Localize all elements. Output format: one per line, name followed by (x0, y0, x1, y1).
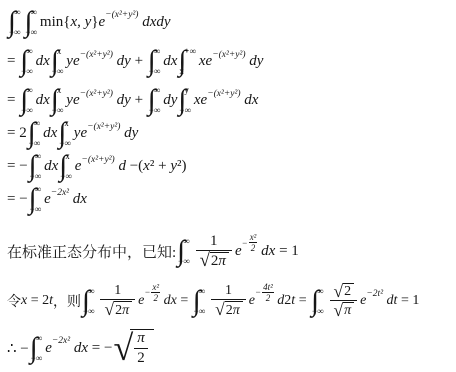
math-text: dx (257, 243, 275, 260)
fraction-denominator: 2 (266, 293, 271, 303)
formula-line: 令x = 2t，则∫∞−∞1√2πe−x²2 dx = ∫∞−∞1√2πe−4t… (7, 277, 454, 325)
radicand: 2π (114, 301, 132, 319)
fraction-denominator: √2π (100, 299, 135, 319)
integral-limits: ∞−∞ (36, 334, 43, 363)
integral: ∫∞−∞ (20, 46, 34, 77)
fraction-numerator: 1 (111, 283, 124, 299)
integral-lower-limit: −∞ (52, 106, 64, 115)
formula-line: = ∫∞−∞dx∫x−∞ye−(x²+y²) dy + ∫∞−∞dy∫y−∞xe… (7, 84, 454, 117)
integral-upper-limit: ∞ (14, 8, 21, 17)
math-text: 2 (211, 253, 219, 270)
math-text: ，则 (53, 291, 81, 311)
fraction-numerator: 4t² (262, 282, 274, 293)
math-text: = − (7, 158, 28, 175)
radical-sign: √ (334, 283, 344, 301)
integral-upper-limit: ∞ (88, 287, 95, 296)
integral-upper-limit: ∞ (199, 287, 206, 296)
math-text: e (99, 14, 106, 31)
integral-lower-limit: −∞ (59, 139, 71, 148)
formula-line: = −∫∞−∞e−2x² dx (7, 183, 454, 216)
integral-upper-limit: ∞ (35, 185, 42, 194)
integral: ∫x−∞ (51, 46, 65, 77)
integral-limits: ∞−∞ (199, 287, 206, 316)
integral: ∫∞−∞ (82, 286, 96, 317)
fraction-numerator: 1 (207, 233, 221, 250)
integral-lower-limit: −∞ (83, 307, 95, 316)
integral-lower-limit: −∞ (178, 257, 190, 266)
math-document: ∫∞−∞∫∞−∞min{x, y}e−(x²+y²) dxdy= ∫∞−∞dx∫… (0, 0, 456, 372)
square-root: √2π (200, 252, 229, 271)
integral: ∫∞−∞ (193, 286, 207, 317)
minus-sign: − (255, 287, 261, 297)
math-text: dx (160, 293, 177, 309)
integral-lower-limit: −∞ (31, 354, 43, 363)
integral-lower-limit: −∞ (194, 307, 206, 316)
math-text: x (143, 158, 150, 175)
integral-lower-limit: −∞ (30, 205, 42, 214)
integral-upper-limit: ∞ (35, 152, 42, 161)
math-text: dt (383, 293, 397, 309)
math-text: = (295, 293, 310, 309)
math-text: = 2 (27, 293, 49, 309)
integral: ∫∞−∞ (177, 236, 191, 267)
math-text: π (218, 253, 226, 270)
math-text: 1 (210, 233, 218, 250)
formula-line: = ∫∞−∞dx∫x−∞ye−(x²+y²) dy + ∫∞−∞dx∫+∞xxe… (7, 45, 454, 78)
math-text: dx (240, 92, 258, 109)
superscript-exponent: −(x²+y²) (87, 122, 120, 132)
integral: ∫∞−∞ (148, 46, 162, 77)
integral-upper-limit: ∞ (317, 287, 324, 296)
integral: ∫∞−∞ (30, 333, 44, 364)
math-text: π (122, 303, 129, 319)
fraction: π2 (134, 330, 148, 367)
radicand: π (343, 302, 354, 320)
radicand: 2π (210, 252, 229, 271)
math-text: 2 (284, 293, 291, 309)
integral-lower-limit: −∞ (149, 67, 161, 76)
square-root: √π2 (113, 329, 153, 367)
math-text: ye (66, 53, 79, 70)
integral-lower-limit: −∞ (149, 106, 161, 115)
integral-upper-limit: ∞ (154, 47, 161, 56)
math-text: = 1 (275, 243, 298, 260)
integral: ∫x−∞ (59, 151, 73, 182)
fraction-numerator: x² (249, 232, 258, 243)
integral-lower-limit: −∞ (25, 28, 37, 37)
math-text: y (170, 158, 177, 175)
math-text: , (77, 14, 85, 31)
integral-upper-limit: x (65, 152, 72, 161)
math-text: x (70, 14, 77, 31)
superscript-exponent: −2t² (366, 289, 383, 299)
math-text: = (7, 53, 19, 70)
fraction-numerator: x² (151, 282, 160, 293)
formula-line: ∴ −∫∞−∞e−2x² dx = −√π2 (7, 325, 454, 371)
math-text: ye (66, 92, 79, 109)
math-text: 1 (225, 283, 232, 299)
math-text: 令 (7, 291, 21, 311)
integral-lower-limit: −∞ (179, 106, 191, 115)
math-text: dy (113, 53, 131, 70)
math-text: 2 (344, 284, 351, 300)
integral-limits: ∞−∞ (154, 47, 161, 76)
math-text: 2 (115, 303, 122, 319)
math-text: = 1 (397, 293, 419, 309)
integral-limits: ∞−∞ (88, 287, 95, 316)
integral: ∫∞−∞ (148, 85, 162, 116)
fraction: √2√π (330, 283, 358, 320)
math-text: ∴ − (7, 339, 29, 358)
math-text: dx (43, 125, 57, 142)
fraction: 1√2π (196, 233, 232, 271)
radical-sign: √ (104, 301, 114, 319)
fraction-denominator: 2 (134, 348, 148, 367)
integral: ∫∞−∞ (29, 151, 43, 182)
fraction-denominator: 2 (153, 293, 158, 303)
square-root: √π (334, 302, 355, 320)
integral: ∫∞−∞ (8, 7, 22, 38)
math-text: = − (88, 340, 112, 357)
math-text: −( (126, 158, 143, 175)
minus-sign: − (242, 238, 248, 248)
integral: ∫∞−∞ (28, 118, 42, 149)
radicand: 2 (343, 283, 354, 301)
math-text: dx (70, 340, 88, 357)
math-text: dx (36, 92, 50, 109)
formula-line: = 2∫∞−∞dx∫x−∞ye−(x²+y²) dy (7, 117, 454, 150)
math-text: y (85, 14, 92, 31)
small-fraction: x²2 (151, 282, 160, 303)
superscript-exponent: −2x² (51, 188, 69, 198)
integral: ∫x−∞ (51, 85, 65, 116)
math-text: ² + (150, 158, 170, 175)
math-text: + (131, 53, 147, 70)
math-text: = − (7, 191, 28, 208)
math-text: xe (199, 53, 212, 70)
integral-limits: x−∞ (57, 47, 64, 76)
radicand: 2π (225, 301, 243, 319)
integral-lower-limit: −∞ (29, 139, 41, 148)
integral-limits: +∞x (184, 47, 196, 76)
integral-limits: x−∞ (64, 119, 71, 148)
math-text: = (177, 293, 192, 309)
fraction: 1√2π (100, 283, 135, 319)
integral: ∫∞−∞ (29, 184, 43, 215)
fraction-numerator: √2 (330, 283, 358, 301)
math-text: 在标准正态分布中，已知: (7, 241, 176, 262)
integral-upper-limit: ∞ (36, 334, 43, 343)
integral-upper-limit: ∞ (30, 8, 37, 17)
square-root: √2 (334, 283, 355, 301)
fraction-numerator: 1 (222, 283, 235, 299)
math-text: dx (69, 191, 87, 208)
math-text: 2 (137, 350, 145, 367)
integral-lower-limit: −∞ (52, 67, 64, 76)
integral-limits: ∞−∞ (26, 86, 33, 115)
math-text: xe (194, 92, 207, 109)
integral-lower-limit: −∞ (60, 172, 72, 181)
superscript-exponent: −2x² (52, 336, 70, 346)
integral-lower-limit: −∞ (21, 106, 33, 115)
superscript-exponent: −(x²+y²) (212, 50, 245, 60)
integral-lower-limit: −∞ (30, 172, 42, 181)
fraction-denominator: √2π (196, 250, 232, 271)
fraction: 1√2π (211, 283, 246, 319)
integral-limits: x−∞ (65, 152, 72, 181)
math-text: ye (74, 125, 87, 142)
integral-upper-limit: x (57, 47, 64, 56)
math-text: = (7, 92, 19, 109)
minus-sign: − (144, 287, 150, 297)
math-text: π (137, 330, 145, 347)
formula-line: 在标准正态分布中，已知:∫∞−∞1√2πe−x²2 dx = 1 (7, 228, 454, 275)
math-text: dx (44, 158, 58, 175)
integral: ∫∞−∞ (311, 286, 325, 317)
formula-line: ∫∞−∞∫∞−∞min{x, y}e−(x²+y²) dxdy (7, 5, 454, 39)
integral-upper-limit: ∞ (183, 237, 190, 246)
math-text: } (91, 14, 98, 31)
integral-upper-limit: +∞ (184, 47, 196, 56)
superscript-fraction-exponent: −x²2 (144, 282, 160, 303)
math-text: d (274, 293, 285, 309)
superscript-exponent: −(x²+y²) (80, 89, 113, 99)
math-text: d (115, 158, 126, 175)
fraction-denominator: 2 (251, 243, 256, 253)
small-fraction: x²2 (249, 232, 258, 253)
integral-limits: ∞−∞ (14, 8, 21, 37)
fraction-denominator: √π (330, 300, 358, 320)
radical-sign: √ (215, 301, 225, 319)
math-text: dy (120, 125, 138, 142)
integral-limits: y−∞ (184, 86, 191, 115)
formula-line: = −∫∞−∞dx∫x−∞e−(x²+y²) d −(x² + y²) (7, 150, 454, 183)
superscript-exponent: −(x²+y²) (105, 10, 138, 20)
superscript-exponent: −(x²+y²) (207, 89, 240, 99)
integral-upper-limit: y (184, 86, 191, 95)
integral-limits: ∞−∞ (317, 287, 324, 316)
radical-sign: √ (200, 252, 210, 271)
math-text: dxdy (138, 14, 170, 31)
math-text: dy (113, 92, 131, 109)
integral-upper-limit: ∞ (154, 86, 161, 95)
math-text: = 2 (7, 125, 27, 142)
integral-upper-limit: x (64, 119, 71, 128)
superscript-fraction-exponent: −4t²2 (255, 282, 274, 303)
square-root: √2π (215, 301, 243, 319)
math-text: 2 (226, 303, 233, 319)
integral-limits: ∞−∞ (30, 8, 37, 37)
integral: ∫+∞x (178, 46, 197, 77)
integral-limits: ∞−∞ (34, 119, 41, 148)
integral-upper-limit: ∞ (26, 86, 33, 95)
math-text: min{ (40, 14, 71, 31)
integral-lower-limit: −∞ (312, 307, 324, 316)
small-fraction: 4t²2 (262, 282, 274, 303)
integral-limits: x−∞ (57, 86, 64, 115)
integral-limits: ∞−∞ (35, 152, 42, 181)
integral: ∫∞−∞ (24, 7, 38, 38)
math-text: dx (163, 53, 177, 70)
radical-sign: √ (334, 302, 344, 320)
integral-limits: ∞−∞ (35, 185, 42, 214)
math-text: + (131, 92, 147, 109)
integral-upper-limit: ∞ (26, 47, 33, 56)
integral-upper-limit: ∞ (34, 119, 41, 128)
integral: ∫∞−∞ (20, 85, 34, 116)
math-text: π (233, 303, 240, 319)
math-text: dy (163, 92, 177, 109)
math-text: ²) (177, 158, 187, 175)
math-text: e (235, 243, 242, 260)
superscript-exponent: −(x²+y²) (80, 50, 113, 60)
integral: ∫x−∞ (58, 118, 72, 149)
integral-limits: ∞−∞ (183, 237, 190, 266)
math-text: 1 (114, 283, 121, 299)
integral-limits: ∞−∞ (154, 86, 161, 115)
integral-lower-limit: x (179, 67, 196, 76)
math-text: e (75, 158, 82, 175)
math-text: dx (36, 53, 50, 70)
math-text: e (45, 340, 52, 357)
integral-upper-limit: x (57, 86, 64, 95)
formula-lines-container: ∫∞−∞∫∞−∞min{x, y}e−(x²+y²) dxdy= ∫∞−∞dx∫… (7, 5, 454, 371)
fraction-numerator: π (134, 330, 148, 347)
math-text: π (344, 303, 351, 319)
radicand: π2 (130, 329, 154, 367)
integral-limits: ∞−∞ (26, 47, 33, 76)
integral: ∫y−∞ (178, 85, 192, 116)
square-root: √2π (104, 301, 132, 319)
math-text: dy (245, 53, 263, 70)
fraction-denominator: √2π (211, 299, 246, 319)
superscript-fraction-exponent: −x²2 (242, 232, 258, 253)
integral-lower-limit: −∞ (21, 67, 33, 76)
math-text: e (44, 191, 51, 208)
superscript-exponent: −(x²+y²) (81, 155, 114, 165)
integral-lower-limit: −∞ (9, 28, 21, 37)
